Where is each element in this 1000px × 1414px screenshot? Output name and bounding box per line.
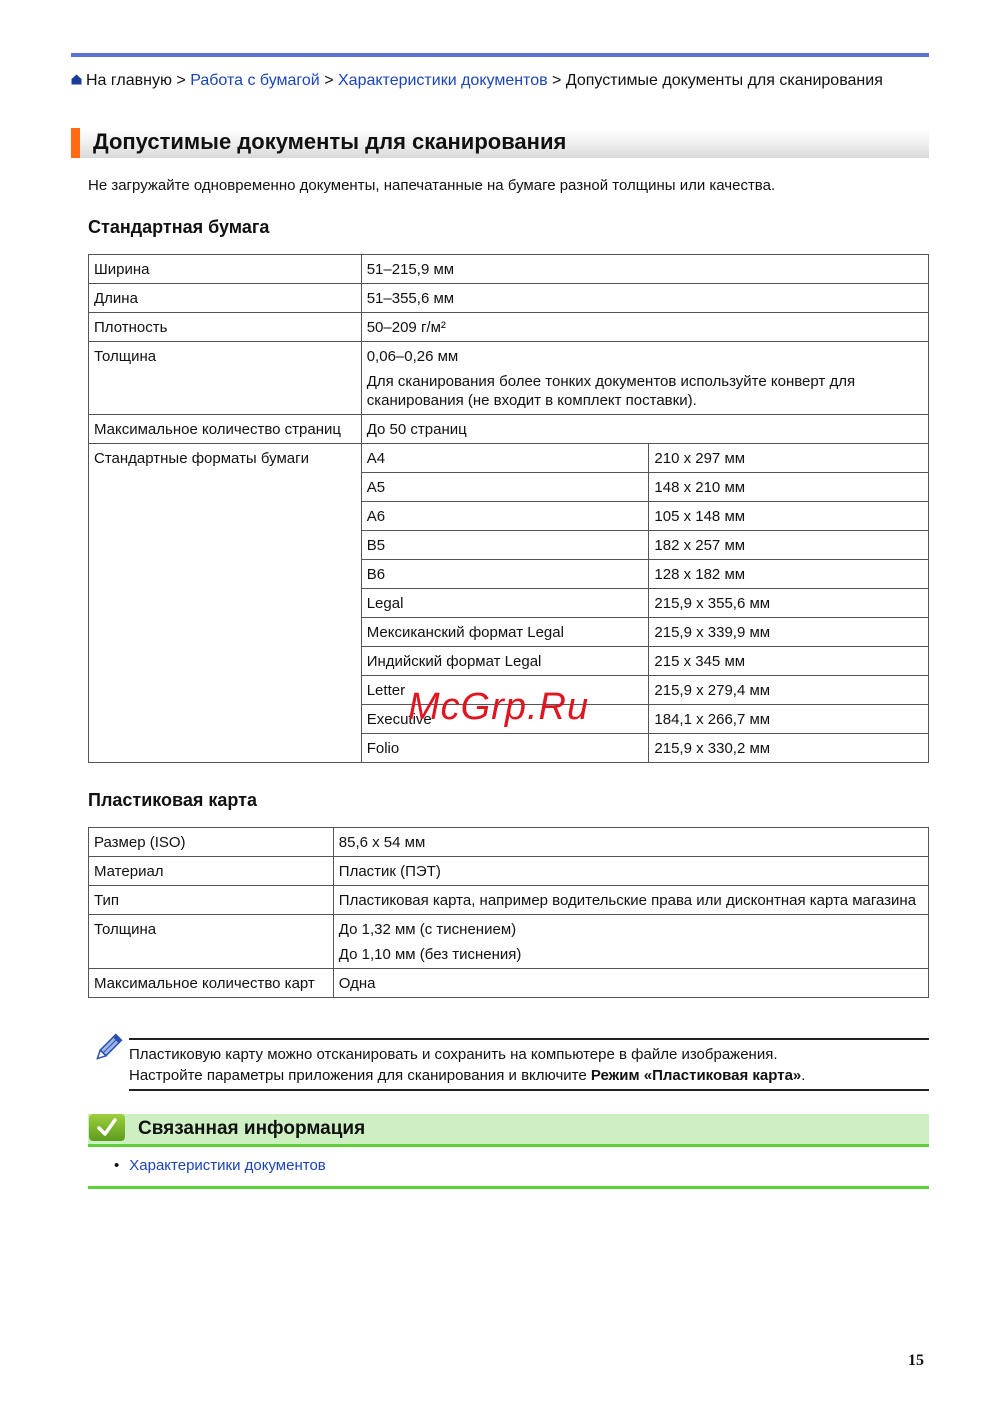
spec-value: 50–209 г/м² (361, 313, 928, 342)
section-heading-plastic-card: Пластиковая карта (88, 789, 257, 811)
breadcrumb-separator: > (324, 72, 333, 89)
table-row: Плотность 50–209 г/м² (89, 313, 929, 342)
breadcrumb-separator: > (176, 72, 185, 89)
page-number: 15 (908, 1352, 924, 1370)
spec-label: Максимальное количество карт (89, 969, 334, 998)
format-size: 215,9 x 279,4 мм (649, 676, 929, 705)
format-size: 215,9 x 330,2 мм (649, 734, 929, 763)
table-row: Максимальное количество карт Одна (89, 969, 929, 998)
format-size: 210 x 297 мм (649, 444, 929, 473)
spec-value-main: 0,06–0,26 мм (367, 347, 923, 366)
breadcrumb: На главную > Работа с бумагой > Характер… (71, 70, 931, 91)
list-item: •Характеристики документов (114, 1156, 326, 1176)
spec-label: Стандартные форматы бумаги (89, 444, 362, 763)
spec-label: Максимальное количество страниц (89, 415, 362, 444)
related-info-header: Связанная информация (88, 1114, 929, 1147)
format-name: A6 (361, 502, 649, 531)
spec-value: Одна (333, 969, 928, 998)
related-links-list: •Характеристики документов (114, 1156, 326, 1176)
spec-value: 85,6 x 54 мм (333, 828, 928, 857)
note-line-1: Пластиковую карту можно отсканировать и … (129, 1044, 805, 1065)
table-row: Материал Пластик (ПЭТ) (89, 857, 929, 886)
format-size: 184,1 x 266,7 мм (649, 705, 929, 734)
breadcrumb-link-document-specs[interactable]: Характеристики документов (338, 72, 548, 89)
note-rule-bottom (129, 1089, 929, 1091)
table-row: Длина 51–355,6 мм (89, 284, 929, 313)
table-row: Стандартные форматы бумаги A4 210 x 297 … (89, 444, 929, 473)
header-accent-bar (71, 128, 80, 158)
format-size: 105 x 148 мм (649, 502, 929, 531)
intro-text: Не загружайте одновременно документы, на… (88, 176, 775, 196)
note-rule-top (129, 1038, 929, 1040)
breadcrumb-link-paper-handling[interactable]: Работа с бумагой (190, 72, 320, 89)
format-size: 128 x 182 мм (649, 560, 929, 589)
top-rule (71, 53, 929, 57)
table-row: Толщина 0,06–0,26 мм Для сканирования бо… (89, 342, 929, 415)
page-title: Допустимые документы для сканирования (93, 128, 566, 156)
related-bottom-rule (88, 1186, 929, 1189)
related-link-document-specs[interactable]: Характеристики документов (129, 1157, 326, 1174)
format-name: A5 (361, 473, 649, 502)
spec-value: До 50 страниц (361, 415, 928, 444)
related-info-heading: Связанная информация (138, 1116, 365, 1142)
spec-value: Пластиковая карта, например водительские… (333, 886, 928, 915)
table-row: Толщина До 1,32 мм (с тиснением) До 1,10… (89, 915, 929, 969)
format-name: Индийский формат Legal (361, 647, 649, 676)
spec-value: 51–215,9 мм (361, 255, 928, 284)
note-line-2-suffix: . (801, 1067, 805, 1084)
table-row: Тип Пластиковая карта, например водитель… (89, 886, 929, 915)
home-icon[interactable] (71, 74, 82, 85)
page-header: Допустимые документы для сканирования (71, 128, 929, 158)
spec-value-note: До 1,10 мм (без тиснения) (339, 945, 923, 964)
spec-label: Толщина (89, 342, 362, 415)
format-name: B6 (361, 560, 649, 589)
format-size: 215 x 345 мм (649, 647, 929, 676)
format-name: B5 (361, 531, 649, 560)
pencil-icon (92, 1032, 124, 1064)
watermark: McGrp.Ru (408, 685, 589, 729)
format-name: A4 (361, 444, 649, 473)
checkmark-icon (88, 1114, 126, 1142)
format-size: 215,9 x 339,9 мм (649, 618, 929, 647)
spec-value: До 1,32 мм (с тиснением) До 1,10 мм (без… (333, 915, 928, 969)
spec-value-main: До 1,32 мм (с тиснением) (339, 920, 923, 939)
breadcrumb-current: Допустимые документы для сканирования (566, 72, 883, 89)
note-line-2-text: Настройте параметры приложения для скани… (129, 1067, 591, 1084)
spec-label: Размер (ISO) (89, 828, 334, 857)
format-name: Legal (361, 589, 649, 618)
spec-label: Ширина (89, 255, 362, 284)
spec-label: Плотность (89, 313, 362, 342)
spec-value: Пластик (ПЭТ) (333, 857, 928, 886)
format-name: Folio (361, 734, 649, 763)
spec-label: Длина (89, 284, 362, 313)
table-row: Максимальное количество страниц До 50 ст… (89, 415, 929, 444)
spec-label: Толщина (89, 915, 334, 969)
note-box: Пластиковую карту можно отсканировать и … (88, 1030, 929, 1092)
format-size: 148 x 210 мм (649, 473, 929, 502)
format-size: 215,9 x 355,6 мм (649, 589, 929, 618)
format-size: 182 x 257 мм (649, 531, 929, 560)
note-text: Пластиковую карту можно отсканировать и … (129, 1044, 805, 1086)
table-row: Ширина 51–215,9 мм (89, 255, 929, 284)
breadcrumb-home[interactable]: На главную (86, 72, 172, 89)
spec-value: 0,06–0,26 мм Для сканирования более тонк… (361, 342, 928, 415)
bullet: • (114, 1157, 119, 1174)
note-mode-name: Режим «Пластиковая карта» (591, 1067, 801, 1084)
spec-label: Материал (89, 857, 334, 886)
spec-value-note: Для сканирования более тонких документов… (367, 372, 923, 410)
format-name: Мексиканский формат Legal (361, 618, 649, 647)
breadcrumb-separator: > (552, 72, 561, 89)
spec-value: 51–355,6 мм (361, 284, 928, 313)
table-row: Размер (ISO) 85,6 x 54 мм (89, 828, 929, 857)
note-line-2: Настройте параметры приложения для скани… (129, 1065, 805, 1086)
plastic-card-table: Размер (ISO) 85,6 x 54 мм Материал Пласт… (88, 827, 929, 998)
spec-label: Тип (89, 886, 334, 915)
section-heading-standard-paper: Стандартная бумага (88, 216, 269, 238)
